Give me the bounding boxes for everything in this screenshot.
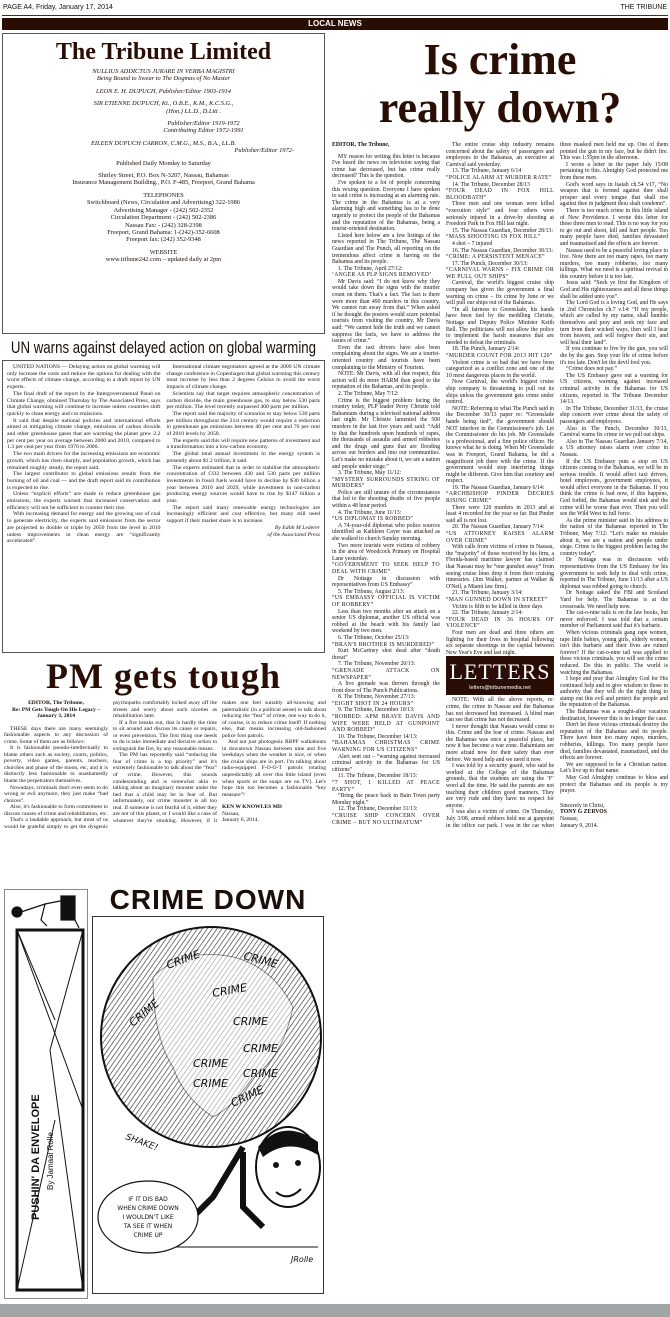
listing-body: 4 shot – 7 injured	[446, 241, 554, 248]
listing-source: 22. The Tribune, January 2/14:	[446, 610, 554, 617]
masthead-tel-0: Switchboard (News, Circulation and Adver…	[3, 199, 324, 206]
svg-text:JRolle: JRolle	[289, 1255, 313, 1264]
listing-headline: “CARNIVAL WARNS – FIX CRIME OR WE PULL O…	[446, 267, 554, 280]
listing-body: A live grenade was thrown through the fr…	[332, 681, 440, 694]
svg-text:I WOULDN'T LIKE: I WOULDN'T LIKE	[122, 1214, 173, 1221]
listing-body: Even the taxi drivers have also been com…	[332, 345, 440, 371]
cartoon-panel: CRIME CRIME CRIME CRIME CRIME CRIME CRIM…	[92, 916, 324, 1294]
un-para: UNITED NATIONS — Delaying action on glob…	[7, 364, 161, 391]
listing-body: Mr Davis said: “I do not know why they w…	[332, 279, 440, 345]
closing-para: May God Almighty continue to bless and p…	[560, 775, 668, 795]
listing-headline: “US ATTORNEY RAISES ALARM OVER CRIME”	[446, 531, 554, 544]
un-para: The experts estimated that in order to s…	[167, 465, 321, 505]
closing-para: The cat-o-nine tails is on the law books…	[560, 610, 668, 630]
section-banner: LOCAL NEWS	[2, 18, 668, 30]
listing-headline: “CRIME: A PERSISTENT MENACE”	[446, 254, 554, 261]
closing-para: Nassau used to be a peaceful loving plac…	[560, 248, 668, 281]
crime-date: January 9, 2014.	[560, 823, 668, 830]
listing-source: 13. The Tribune, January 6/14	[446, 168, 554, 175]
listing-headline: “GOVERNMENT TO SEEK HELP TO DEAL WITH CR…	[332, 562, 440, 575]
listing-source: 6. The Tribune, October 25/13:	[332, 635, 440, 642]
crime-salutation: EDITOR, The Tribune,	[332, 142, 440, 149]
listing-source: 18. The Punch, January 2/14:	[446, 346, 554, 353]
listing-headline: “EIGHT SHOT IN 24 HOURS”	[332, 701, 440, 708]
masthead-line4b: Publisher/Editor 1972-	[3, 147, 324, 154]
un-para: International climate negotiators agreed…	[167, 364, 321, 391]
listing-headline: “US EMBASSY OFFICIAL IS VICTIM OF ROBBER…	[332, 595, 440, 608]
un-para: The report said the majority of scenario…	[167, 411, 321, 438]
masthead-line3b: Contributing Editor 1972-1991	[3, 127, 324, 134]
masthead-tel-1: Advertising Manager - (242) 502-2352	[3, 207, 324, 214]
closing-para: I wrote a letter in the paper July 15/08…	[560, 162, 668, 182]
listing-headline: ‘ANGER AS PLP SIGNS REMOVED’	[332, 272, 440, 279]
listing-body: Police are still unsure of the circumsta…	[332, 490, 440, 510]
pm-para: Also, it's fashionable to form committee…	[4, 804, 108, 817]
pm-para: If a fire breaks out, that is hardly the…	[113, 720, 217, 753]
masthead-website-link[interactable]: www.tribune242.com – updated daily at 2p…	[3, 256, 324, 263]
closing-para: Also in The Nassau Guardian January 7/14…	[560, 439, 668, 459]
listing-body: Violent crime is so bad that we have bee…	[446, 360, 554, 380]
masthead-tel-4: Freeport, Grand Bahama: 1-(242)-352-6608	[3, 229, 324, 236]
closing-para: The Lord God is a loving God, and He say…	[560, 300, 668, 346]
listing-source: 11. The Tribune, December 18/13:	[332, 773, 440, 780]
pm-para: Nowadays, criminals don't even seem to d…	[4, 785, 108, 805]
pm-para: And not just photogenic RBPF walkabouts …	[222, 739, 326, 798]
closing-para: If you continue to live by the gun, you …	[560, 346, 668, 366]
masthead-title: The Tribune Limited	[3, 38, 324, 66]
closing-para: NOTE: With all the above reports, re: cr…	[446, 697, 554, 723]
listing-body: With calls from victims of crime in Nass…	[446, 544, 554, 590]
listing-source: 8. The Tribune, November 27/13:	[332, 694, 440, 701]
svg-text:WHEN CRIME DOWN: WHEN CRIME DOWN	[117, 1205, 178, 1212]
folio-rule	[2, 15, 668, 16]
letters-title: LETTERS	[448, 660, 552, 684]
listing-headline: “FOUR DEAD IN FOX HILL BLOODBATH”	[446, 188, 554, 201]
letters-section-box: LETTERS letters@tribunemedia.net	[446, 656, 554, 695]
cartoon-headline: CRIME DOWN	[90, 885, 326, 915]
svg-text:IF IT DIS BAD: IF IT DIS BAD	[128, 1196, 168, 1203]
listing-body: Kurt McCartney shot dead after “death th…	[332, 648, 440, 661]
closing-para: I was told by a security guard, who said…	[446, 763, 554, 809]
crime-intro: Listed here below are a few listings of …	[332, 233, 440, 266]
listing-body: Four men are dead and three others are f…	[446, 630, 554, 656]
closing-para: Don't let these vicious criminals destro…	[560, 722, 668, 762]
listing-source: 7. The Tribune, November 20/13:	[332, 661, 440, 668]
un-para: The largest contributor to global emissi…	[7, 471, 161, 491]
closing-para: We are supposed to be a Christian nation…	[560, 762, 668, 775]
closing-para: God's word says in Isaiah ch.54 v17, “No…	[560, 182, 668, 208]
listing-headline: “POLICE ALARM AT MURDER RATE”	[446, 175, 554, 182]
svg-text:CRIME: CRIME	[243, 1067, 278, 1080]
pm-re-line: Re: PM Gets Tough On His Legacy – Januar…	[4, 707, 108, 720]
un-article-body: UNITED NATIONS — Delaying action on glob…	[2, 360, 325, 653]
listing-headline: “MYSTERY SURROUNDS STRING OF MURDERS”	[332, 477, 440, 490]
closing-para: The US Embassy gave out a warning for US…	[560, 373, 668, 406]
listing-body: Carnival, the world's biggest cruise shi…	[446, 280, 554, 306]
listing-body: Dr Nottage in discussion with representa…	[332, 576, 440, 589]
masthead-line2a: SIR ETIENNE DUPUCH, Kt., O.B.E., K.M., K…	[3, 100, 324, 107]
cartoon-side-strip: PUSHIN' DA ENVELOPE By Jamaal Rolle	[4, 889, 88, 1299]
masthead-motto: NULLIUS ADDICTUS JURARE IN VERBA MAGISTR…	[3, 68, 324, 75]
listing-headline: “MURDER COUNT FOR 2013 HIT 120”	[446, 353, 554, 360]
listing-headline: “ARCHBISHOP PINDER DECRIES RISING CRIME”	[446, 491, 554, 504]
listing-body: There were 120 murders in 2013 and at le…	[446, 505, 554, 525]
page-footer-bar	[0, 1304, 670, 1317]
listing-headline: “FOUR DEAD IN 36 HOURS OF VIOLENCE”	[446, 617, 554, 630]
svg-text:PUSHIN' DA ENVELOPE: PUSHIN' DA ENVELOPE	[30, 1094, 42, 1220]
svg-text:CRIME: CRIME	[193, 1057, 228, 1070]
listing-body: “Bring the peace back in Bain Town party…	[332, 793, 440, 806]
closing-para: As the prime minister said in his addres…	[560, 518, 668, 558]
un-article-headline: UN warns against delayed action on globa…	[2, 338, 325, 358]
crime-letter-headline: Is crime really down?	[332, 36, 668, 132]
closing-para: In The Tribune, December 31/13, the crui…	[560, 406, 668, 426]
masthead-published: Published Daily Monday to Saturday	[3, 160, 324, 167]
listing-body: Less than two months after an attack on …	[332, 609, 440, 635]
listing-source: 3. The Tribune, May 11/12:	[332, 470, 440, 477]
masthead-telephones-heading: TELEPHONES	[3, 192, 324, 199]
listing-body: “In all fairness to Greenslade, his hand…	[446, 307, 554, 347]
masthead-address2: Insurance Management Building., P.O. F-4…	[3, 179, 324, 186]
un-para: Scientists say that target requires atmo…	[167, 391, 321, 411]
listing-body: Three men and one woman were killed “exe…	[446, 201, 554, 227]
svg-text:CRIME: CRIME	[233, 1015, 268, 1028]
masthead-website-heading: WEBSITE	[3, 249, 324, 256]
closing-para: “Crime does not pay.”	[560, 366, 668, 373]
closing-para: Jesus said: “Seek ye first the Kingdom o…	[560, 280, 668, 300]
svg-text:CRIME: CRIME	[243, 1042, 278, 1055]
closing-para: Also in The Punch, December 30/13, Carni…	[560, 426, 668, 439]
crime-globe-illustration: CRIME CRIME CRIME CRIME CRIME CRIME CRIM…	[93, 917, 323, 1293]
listing-body: Now Carnival, the world's biggest cruise…	[446, 379, 554, 405]
listing-headline: “BAHAMAS CHRISTMAS CRIME WARNING FOR US …	[332, 740, 440, 753]
un-para: Unless “explicit efforts” are made to re…	[7, 491, 161, 511]
listing-body: A 74-year-old diplomat who police source…	[332, 523, 440, 543]
un-byline-agency: of the Associated Press	[167, 532, 321, 539]
listing-body: Victim is fifth to be killed in three da…	[446, 604, 554, 611]
un-para: The global total annual investment in th…	[167, 451, 321, 464]
listing-headline: “GRENADE ATTACK ON NEWSPAPER”	[332, 668, 440, 681]
listing-source: 12. The Tribune, December 31/13:	[332, 806, 440, 813]
listing-headline: “MAN GUNNED DOWN IN STREET”	[446, 597, 554, 604]
listing-headline: “US DIPLOMAT IS ROBBED”	[332, 516, 440, 523]
listing-headline: “MASS SHOOTING IN FOX HILL”	[446, 234, 554, 241]
masthead-box: The Tribune Limited NULLIUS ADDICTUS JUR…	[2, 33, 325, 334]
pm-para: THESE days there are many seemingly fash…	[4, 726, 108, 746]
svg-text:CRIME: CRIME	[193, 1077, 228, 1090]
un-byline-author: By Edith M Lederer	[167, 525, 321, 532]
pm-letter-body: EDITOR, The Tribune, Re: PM Gets Tough O…	[4, 700, 326, 885]
masthead-tel-5: Freeport fax: (242) 352-9348	[3, 236, 324, 243]
closing-para: Dr Nottage asked the FBI and Scotland Ya…	[560, 590, 668, 610]
listing-headline: “7 SHOT, 1 KILLED AT PEACE PARTY”	[332, 780, 440, 793]
closing-para: There is too much crime in this little i…	[560, 208, 668, 248]
masthead-motto-translation: Being Bound to Swear to The Dogmas of No…	[3, 75, 324, 82]
un-para: The two main drivers for the increasing …	[7, 451, 161, 471]
masthead-address1: Shirley Street, P.O. Box N-3207, Nassau,…	[3, 172, 324, 179]
un-para: The experts said this will require new p…	[167, 438, 321, 451]
un-para: The report said many renewable energy te…	[167, 505, 321, 525]
masthead-line2b: (Hon.) LL.D., D.Litt .	[3, 108, 324, 115]
crime-headline-line1: Is crime	[332, 36, 668, 84]
listing-headline: “CRUISE SHIP CONCERN OVER CRIME – BUT NO…	[332, 813, 440, 826]
listing-body: Two more tourists were victims of robber…	[332, 543, 440, 563]
listing-body: Crime is the biggest problem facing the …	[332, 398, 440, 471]
pm-letter-headline: PM gets tough	[2, 655, 325, 697]
closing-para: The Bahamas was a sought-after vacation …	[560, 709, 668, 722]
un-para: The final draft of the report by the Int…	[7, 391, 161, 418]
listing-body: Alert sent out – “warning against increa…	[332, 754, 440, 774]
masthead-line1: LEON E. H. DUPUCH, Publisher/Editor 1903…	[3, 88, 324, 95]
listing-headline: “ROBBED: APM BRAVE DAVIS AND WIFE WERE H…	[332, 714, 440, 734]
listing-source: 2. The Tribune, May 7/12:	[332, 391, 440, 398]
envelope-figure-icon: PUSHIN' DA ENVELOPE By Jamaal Rolle	[5, 890, 87, 1298]
un-para: It said that despite national policies a…	[7, 418, 161, 452]
svg-text:SHAKE!: SHAKE!	[124, 1132, 159, 1153]
crime-place: Nassau,	[560, 816, 668, 823]
crime-sign-off: Sincerely in Christ,	[560, 803, 668, 810]
masthead-line3a: Publisher/Editor 1919-1972	[3, 120, 324, 127]
crime-intro: MY reason for writing this letter is bec…	[332, 154, 440, 180]
closing-para: If the US Embassy puts a stop on US citi…	[560, 459, 668, 518]
crime-letter-body: EDITOR, The Tribune, MY reason for writi…	[332, 142, 668, 1297]
listing-source: 21. The Tribune, January 3/14:	[446, 590, 554, 597]
listing-body: NOTE: Referring to what The Punch said i…	[446, 406, 554, 485]
crime-headline-line2: really down?	[332, 84, 668, 132]
closing-para: When vicious criminals gang rape women, …	[560, 630, 668, 676]
masthead-line4a: EILEEN DUPUCH CARRON, C.M.G., M.S., B.A.…	[3, 140, 324, 147]
crime-signature: TONY G ZERVOS	[560, 809, 668, 816]
masthead-tel-2: Circulation Department - (242) 502-2386	[3, 214, 324, 221]
listing-body: The entire cruise ship industry remains …	[446, 142, 554, 168]
crime-intro: I've spoken to a lot of people concernin…	[332, 180, 440, 233]
un-para: With increasing demand for energy and th…	[7, 511, 161, 545]
closing-para: I hope and pray that Almighty God for Hi…	[560, 676, 668, 709]
svg-text:By Jamaal Rolle: By Jamaal Rolle	[46, 1132, 55, 1190]
pm-para: It is fashionable pseudo-intellectually …	[4, 745, 108, 784]
listing-body: NOTE: Mr Davis, with all due respect, th…	[332, 371, 440, 391]
svg-text:CRIME UP: CRIME UP	[133, 1232, 162, 1239]
svg-text:TA SEE IT WHEN: TA SEE IT WHEN	[123, 1223, 173, 1230]
pm-date: January 6, 2014.	[222, 817, 326, 824]
closing-para: I never thought that Nassau would come t…	[446, 724, 554, 764]
letters-email-link[interactable]: letters@tribunemedia.net	[448, 684, 552, 692]
closing-para: Dr Nottage was in discussion with repres…	[560, 557, 668, 590]
masthead-tel-3: Nassau Fax: - (242) 328-2398	[3, 222, 324, 229]
